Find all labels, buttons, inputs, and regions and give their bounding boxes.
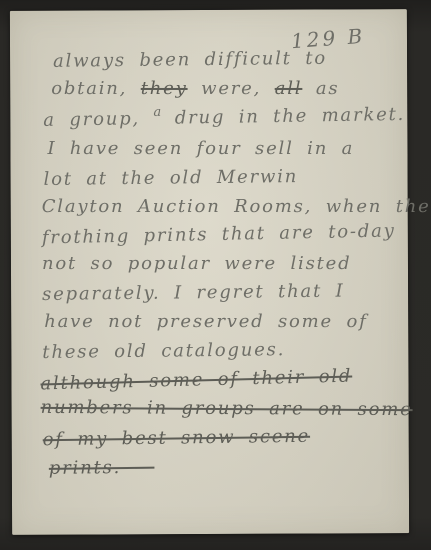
manuscript-page: 129 B always been difficult toobtain, th… xyxy=(10,9,409,535)
manuscript-line: separately. I regret that I xyxy=(40,277,394,310)
handwritten-text: drug in the market. xyxy=(161,104,405,129)
manuscript-line: of my best snow scene xyxy=(41,421,395,455)
struck-handwritten-text: numbers in groups are on some xyxy=(41,397,413,420)
handwritten-text: a xyxy=(153,105,161,120)
handwritten-text: frothing prints that are to-day xyxy=(42,221,396,249)
handwritten-text: obtain, xyxy=(51,78,141,99)
struck-handwritten-text: of my best snow scene xyxy=(43,426,311,450)
handwritten-text: separately. I regret that I xyxy=(42,281,345,305)
handwritten-text: lot at the old Merwin xyxy=(43,166,298,190)
handwritten-text: these old catalogues. xyxy=(42,339,285,363)
manuscript-line: Clayton Auction Rooms, when the xyxy=(40,192,394,221)
manuscript-line: lot at the old Merwin xyxy=(39,162,393,195)
manuscript-line: prints. — xyxy=(41,451,395,484)
manuscript-lines: always been difficult toobtain, they wer… xyxy=(39,45,395,482)
handwritten-text: have not preserved some of xyxy=(44,311,367,332)
manuscript-line: I have seen four sell in a xyxy=(39,135,393,164)
struck-handwritten-text: they xyxy=(141,78,188,99)
manuscript-line: have not preserved some of xyxy=(40,308,394,337)
handwritten-text: not so popular were listed xyxy=(42,253,351,274)
photo-background: 129 B always been difficult toobtain, th… xyxy=(0,0,431,550)
handwritten-text: always been difficult to xyxy=(53,48,327,72)
manuscript-line: numbers in groups are on some xyxy=(41,394,395,425)
handwritten-text: Clayton Auction Rooms, when the xyxy=(42,195,431,216)
handwritten-text: as xyxy=(302,78,339,99)
struck-handwritten-text: prints. — xyxy=(49,456,155,478)
handwritten-text: I have seen four sell in a xyxy=(47,138,354,159)
manuscript-line: a group, a drug in the market. xyxy=(39,101,393,138)
manuscript-line: obtain, they were, all as xyxy=(39,75,393,104)
struck-handwritten-text: all xyxy=(275,78,303,99)
manuscript-line: always been difficult to xyxy=(39,44,393,77)
handwritten-text: a group, xyxy=(43,108,154,131)
manuscript-line: not so popular were listed xyxy=(40,250,394,279)
handwritten-text: were, xyxy=(188,78,275,99)
struck-handwritten-text: although some of their old xyxy=(40,366,352,395)
manuscript-line: frothing prints that are to-day xyxy=(40,218,395,254)
